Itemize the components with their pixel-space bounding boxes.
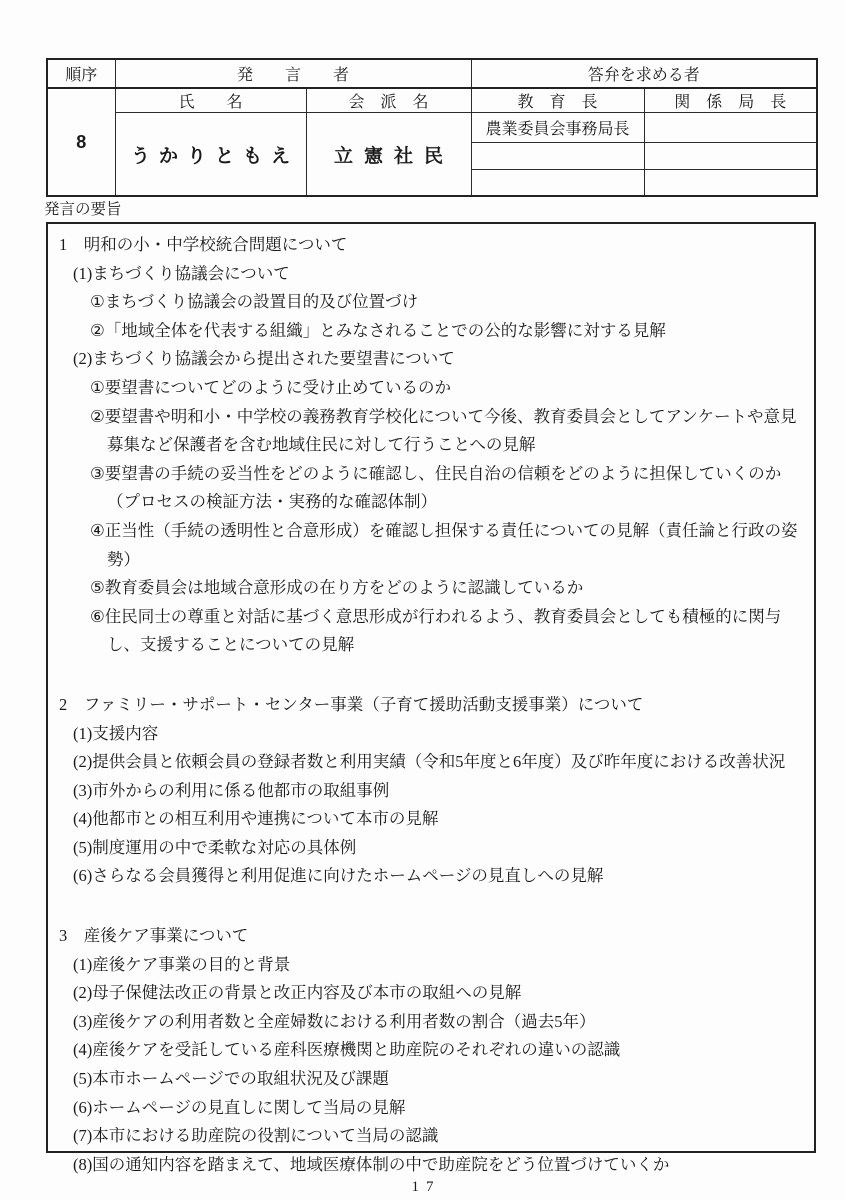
speaker-name: うかりともえ — [115, 113, 306, 197]
header-related-bureau-chief: 関 係 局 長 — [644, 88, 817, 113]
agenda-item: (5)本市ホームページでの取組状況及び課題 — [48, 1065, 804, 1094]
empty-cell — [644, 113, 817, 143]
agenda-subitem: ②要望書や明和小・中学校の義務教育学校化について今後、教育委員会としてアンケート… — [48, 403, 804, 460]
page-number: 17 — [0, 1179, 845, 1196]
agenda-item: (6)さらなる会員獲得と利用促進に向けたホームページの見直しへの見解 — [48, 862, 804, 891]
agenda-item: (1)支援内容 — [48, 720, 804, 749]
header-name: 氏 名 — [115, 88, 306, 113]
agenda-item: (1)産後ケア事業の目的と背景 — [48, 951, 804, 980]
header-order: 順序 — [47, 59, 115, 88]
agenda-subitem: ①要望書についてどのように受け止めているのか — [48, 374, 804, 403]
header-education-chief: 教 育 長 — [471, 88, 644, 113]
agenda-item: (4)産後ケアを受託している産科医療機関と助産院のそれぞれの違いの認識 — [48, 1036, 804, 1065]
header-speaker: 発 言 者 — [115, 59, 471, 88]
agenda-item: (8)国の通知内容を踏まえて、地域医療体制の中で助産院をどう位置づけていくか — [48, 1151, 804, 1180]
faction-name: 立憲社民 — [306, 113, 471, 197]
agenda-item: (2)まちづくり協議会から提出された要望書について — [48, 345, 804, 374]
order-value: 8 — [47, 88, 115, 196]
agenda-item: (2)母子保健法改正の背景と改正内容及び本市の取組への見解 — [48, 979, 804, 1008]
agenda-item: (2)提供会員と依頼会員の登録者数と利用実績（令和5年度と6年度）及び昨年度にお… — [48, 748, 804, 777]
agenda-item: (3)市外からの利用に係る他都市の取組事例 — [48, 777, 804, 806]
empty-cell — [644, 143, 817, 170]
agenda-item: (7)本市における助産院の役割について当局の認識 — [48, 1122, 804, 1151]
agenda-subitem: ②「地域全体を代表する組織」とみなされることでの公的な影響に対する見解 — [48, 317, 804, 346]
agenda-item: (1)まちづくり協議会について — [48, 260, 804, 289]
summary-label: 発言の要旨 — [44, 197, 122, 219]
speaker-table: 順序 発 言 者 答弁を求める者 8 氏 名 会 派 名 教 育 長 関 係 局… — [46, 58, 818, 197]
agenda-item: (4)他都市との相互利用や連携について本市の見解 — [48, 805, 804, 834]
agenda-item: (6)ホームページの見直しに関して当局の見解 — [48, 1094, 804, 1123]
summary-box: 1 明和の小・中学校統合問題について (1)まちづくり協議会について ①まちづく… — [46, 222, 816, 1153]
header-faction: 会 派 名 — [306, 88, 471, 113]
header-respondent: 答弁を求める者 — [471, 59, 817, 88]
agenda-section-heading: 1 明和の小・中学校統合問題について — [48, 231, 804, 260]
agenda-section-heading: 3 産後ケア事業について — [48, 922, 804, 951]
agenda-subitem: ⑥住民同士の尊重と対話に基づく意思形成が行われるよう、教育委員会としても積極的に… — [48, 603, 804, 660]
agenda-subitem: ④正当性（手続の透明性と合意形成）を確認し担保する責任についての見解（責任論と行… — [48, 517, 804, 574]
respondent-agriculture-committee: 農業委員会事務局長 — [471, 113, 644, 143]
agenda-item: (3)産後ケアの利用者数と全産婦数における利用者数の割合（過去5年） — [48, 1008, 804, 1037]
document-page: { "table": { "headers": { "order": "順序",… — [0, 0, 845, 1200]
agenda-subitem: ⑤教育委員会は地域合意形成の在り方をどのように認識しているか — [48, 574, 804, 603]
empty-cell — [644, 170, 817, 197]
agenda-subitem: ①まちづくり協議会の設置目的及び位置づけ — [48, 288, 804, 317]
agenda-item: (5)制度運用の中で柔軟な対応の具体例 — [48, 834, 804, 863]
agenda-subitem: ③要望書の手続の妥当性をどのように確認し、住民自治の信頼をどのように担保していく… — [48, 460, 804, 517]
empty-cell — [471, 143, 644, 170]
empty-cell — [471, 170, 644, 197]
agenda-section-heading: 2 ファミリー・サポート・センター事業（子育て援助活動支援事業）について — [48, 691, 804, 720]
